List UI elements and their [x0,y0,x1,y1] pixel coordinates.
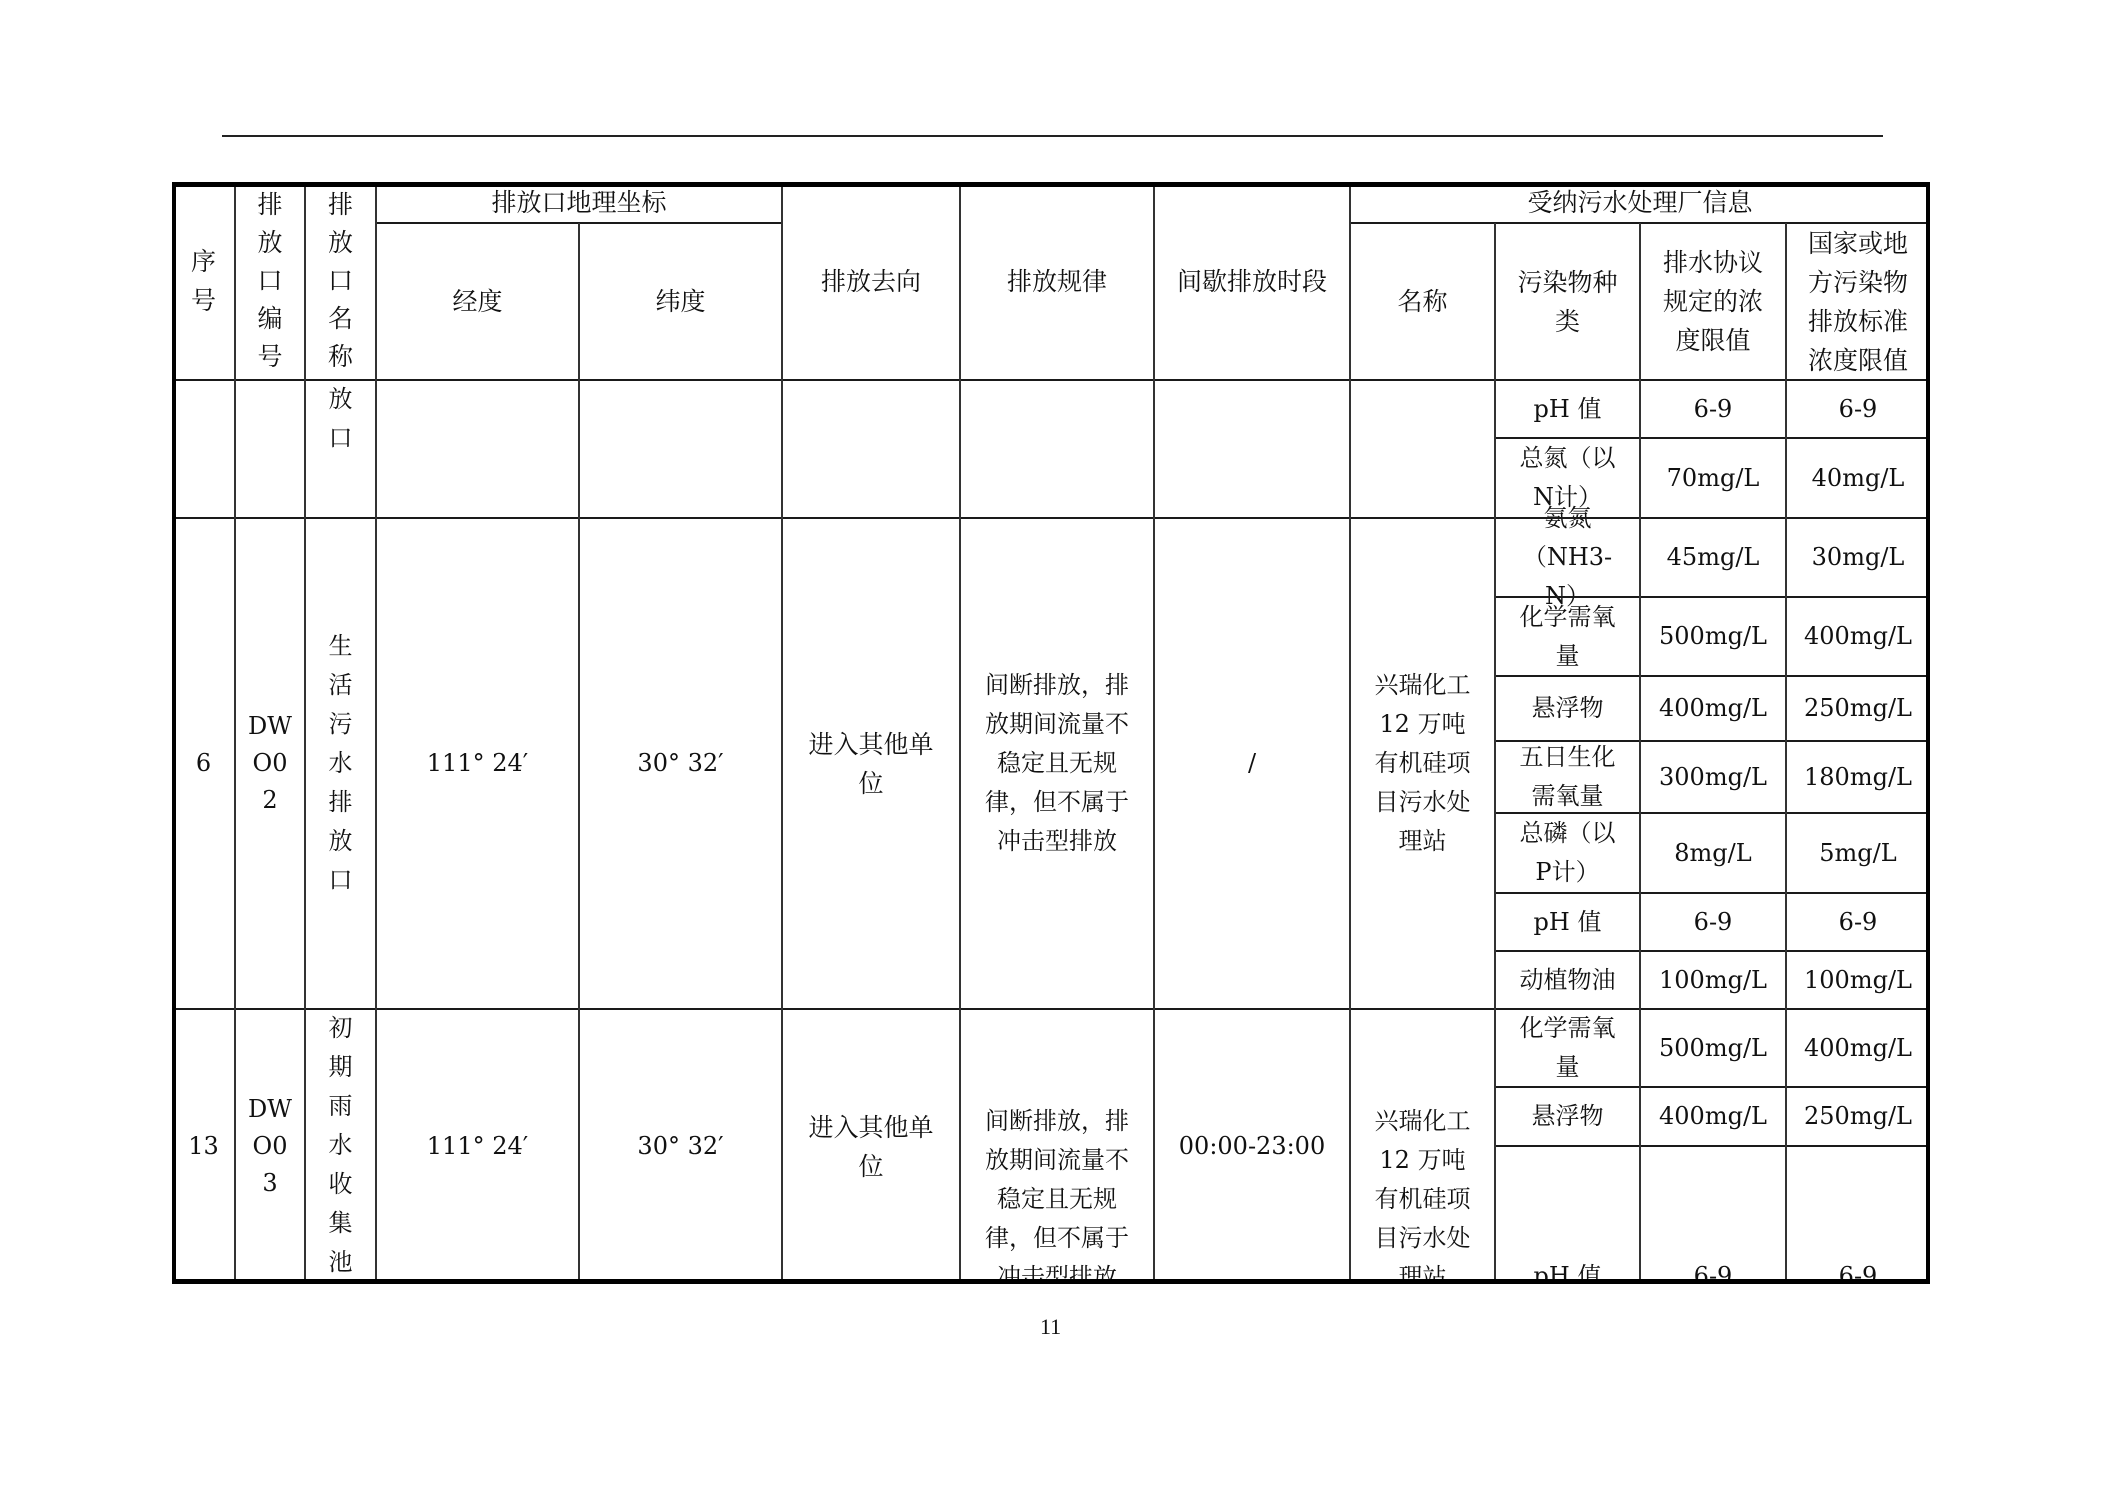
row2-pollutant-0-agreement: 500mg/L [1640,1009,1786,1087]
agreement-value: 6-9 [1694,1257,1733,1284]
grid-line [172,379,1930,381]
grid-line [959,182,961,1284]
row2-outlet-code: DWO03 [235,1009,305,1284]
intermittent-period-value: 00:00-23:00 [1179,1127,1325,1166]
grid-line [1495,812,1930,814]
outlet-code-value: DWO03 [248,1091,292,1202]
row2-pollutant-0-national: 400mg/L [1786,1009,1930,1087]
national-value: 250mg/L [1804,689,1912,728]
row2-pollutant-2-national: 6-9 [1786,1146,1930,1284]
national-value: 40mg/L [1812,459,1905,498]
header-geo-coords: 排放口地理坐标 [376,182,782,223]
header-seq: 序号 [172,182,235,380]
header-outlet-name: 排放口名称 [305,182,376,380]
national-value: 180mg/L [1804,758,1912,797]
row2-pollutant-1-national: 250mg/L [1786,1087,1930,1146]
grid-line [1639,223,1641,1284]
pollutant-name: 化学需氧量 [1513,1009,1623,1087]
seq-value: 13 [188,1127,219,1166]
header-seq-label: 序号 [191,242,217,320]
row0-outlet-name: 放口 [305,380,376,518]
grid-line [1495,950,1930,952]
agreement-value: 6-9 [1694,390,1733,429]
row2-plant-name: 兴瑞化工12 万吨有机硅项目污水处理站 [1350,1009,1495,1284]
row1-pollutant-0-name: 氨氮（NH3-N） [1495,518,1640,597]
header-agreement-limit: 排水协议规定的浓度限值 [1640,223,1786,380]
intermittent-period-value: / [1248,744,1256,783]
header-outlet-code-label: 排放口编号 [257,186,283,376]
grid-line [1785,223,1787,1284]
plant-name-value: 兴瑞化工12 万吨有机硅项目污水处理站 [1368,666,1478,861]
header-destination: 排放去向 [782,182,960,380]
national-value: 100mg/L [1804,961,1912,1000]
row1-pollutant-6-name: 动植物油 [1495,951,1640,1009]
pattern-value: 间断排放，排放期间流量不稳定且无规律，但不属于冲击型排放 [977,1102,1137,1284]
pollutant-name: pH 值 [1534,390,1602,429]
row0-pollutant-1-agreement: 70mg/L [1640,438,1786,518]
row1-pollutant-1-national: 400mg/L [1786,597,1930,676]
header-intermittent-period: 间歇排放时段 [1154,182,1350,380]
grid-line [172,1008,1930,1010]
page-number: 11 [1040,1314,1061,1340]
row1-pollutant-1-name: 化学需氧量 [1495,597,1640,676]
grid-line [172,517,1930,519]
row2-pollutant-1-agreement: 400mg/L [1640,1087,1786,1146]
grid-line [1495,740,1930,742]
pollutant-name: 总磷（以P计） [1513,814,1623,892]
row1-pollutant-5-agreement: 6-9 [1640,893,1786,951]
national-value: 6-9 [1839,1257,1878,1284]
agreement-value: 300mg/L [1659,758,1767,797]
header-latitude-label: 纬度 [655,282,705,321]
agreement-value: 500mg/L [1659,1029,1767,1068]
grid-line [304,182,306,1284]
row1-pollutant-4-name: 总磷（以P计） [1495,813,1640,893]
row1-pollutant-1-agreement: 500mg/L [1640,597,1786,676]
row1-pollutant-2-name: 悬浮物 [1495,676,1640,741]
national-value: 6-9 [1839,390,1878,429]
grid-line [1495,892,1930,894]
agreement-value: 400mg/L [1659,1097,1767,1136]
national-value: 6-9 [1839,903,1878,942]
row2-pattern: 间断排放，排放期间流量不稳定且无规律，但不属于冲击型排放 [960,1009,1154,1284]
row2-pollutant-0-name: 化学需氧量 [1495,1009,1640,1087]
destination-value: 进入其他单位 [805,725,937,803]
header-national-limit: 国家或地方污染物排放标准浓度限值 [1786,223,1930,380]
national-value: 250mg/L [1804,1097,1912,1136]
row1-longitude: 111° 24′ [376,518,579,1009]
pollutant-name: 动植物油 [1520,961,1616,1000]
row1-pattern: 间断排放，排放期间流量不稳定且无规律，但不属于冲击型排放 [960,518,1154,1009]
grid-line [1494,223,1496,1284]
outlet-name-value: 生活污水排放口 [328,627,354,900]
row1-pollutant-5-name: pH 值 [1495,893,1640,951]
header-plant-name-label: 名称 [1397,282,1447,321]
header-intermittent-period-label: 间歇排放时段 [1177,262,1327,301]
row1-outlet-code: DWO02 [235,518,305,1009]
row1-destination: 进入其他单位 [782,518,960,1009]
agreement-value: 6-9 [1694,903,1733,942]
national-value: 30mg/L [1812,538,1905,577]
header-national-limit-label: 国家或地方污染物排放标准浓度限值 [1806,224,1910,380]
row2-pollutant-1-name: 悬浮物 [1495,1087,1640,1146]
row1-pollutant-3-agreement: 300mg/L [1640,741,1786,813]
row2-pollutant-2-name: pH 值 [1495,1146,1640,1284]
header-longitude-label: 经度 [452,282,502,321]
grid-line [1349,182,1351,1284]
destination-value: 进入其他单位 [805,1108,937,1186]
row1-pollutant-2-national: 250mg/L [1786,676,1930,741]
row2-intermittent-period: 00:00-23:00 [1154,1009,1350,1284]
grid-line [1495,1145,1930,1147]
agreement-value: 400mg/L [1659,689,1767,728]
row2-longitude: 111° 24′ [376,1009,579,1284]
row1-outlet-name: 生活污水排放口 [305,518,376,1009]
row1-seq: 6 [172,518,235,1009]
grid-line [375,182,377,1284]
header-outlet-name-label: 排放口名称 [328,186,354,376]
row0-pollutant-1-national: 40mg/L [1786,438,1930,518]
longitude-value: 111° 24′ [427,1127,528,1166]
header-plant-info: 受纳污水处理厂信息 [1350,182,1930,223]
row0-pollutant-0-name: pH 值 [1495,380,1640,438]
header-pollutant-type: 污染物种类 [1495,223,1640,380]
row1-pollutant-4-national: 5mg/L [1786,813,1930,893]
outlet-code-value: DWO02 [248,708,292,819]
header-rule [222,135,1883,137]
pattern-value: 间断排放，排放期间流量不稳定且无规律，但不属于冲击型排放 [977,666,1137,861]
grid-line [1153,182,1155,1284]
row1-pollutant-6-national: 100mg/L [1786,951,1930,1009]
pollutant-name: pH 值 [1534,1257,1602,1284]
row1-pollutant-2-agreement: 400mg/L [1640,676,1786,741]
header-destination-label: 排放去向 [821,262,921,301]
row0-pollutant-0-national: 6-9 [1786,380,1930,438]
header-pattern: 排放规律 [960,182,1154,380]
grid-line [1495,596,1930,598]
pollutant-name: 悬浮物 [1532,689,1604,728]
plant-name-value: 兴瑞化工12 万吨有机硅项目污水处理站 [1368,1102,1478,1284]
outlet-table: 序号 排放口编号 排放口名称 排放口地理坐标 经度 纬度 排放去向 排放规律 间… [172,182,1930,1284]
agreement-value: 100mg/L [1659,961,1767,1000]
row1-pollutant-3-name: 五日生化需氧量 [1495,741,1640,813]
pollutant-name: 化学需氧量 [1513,598,1623,676]
grid-line [1495,675,1930,677]
row1-plant-name: 兴瑞化工12 万吨有机硅项目污水处理站 [1350,518,1495,1009]
agreement-value: 500mg/L [1659,617,1767,656]
grid-line [1495,1086,1930,1088]
agreement-value: 70mg/L [1667,459,1760,498]
national-value: 5mg/L [1819,834,1896,873]
row1-pollutant-6-agreement: 100mg/L [1640,951,1786,1009]
grid-line [578,223,580,1284]
header-outlet-code: 排放口编号 [235,182,305,380]
row0-outlet-name-text: 放口 [328,380,354,458]
pollutant-name: 五日生化需氧量 [1513,738,1623,816]
header-agreement-limit-label: 排水协议规定的浓度限值 [1661,243,1765,360]
row2-pollutant-2-agreement: 6-9 [1640,1146,1786,1284]
seq-value: 6 [196,744,211,783]
header-pollutant-type-label: 污染物种类 [1516,263,1620,341]
row1-intermittent-period: / [1154,518,1350,1009]
agreement-value: 45mg/L [1667,538,1760,577]
row2-outlet-name: 初期雨水收集池 [305,1009,376,1284]
latitude-value: 30° 32′ [637,1127,723,1166]
grid-line [1495,437,1930,439]
latitude-value: 30° 32′ [637,744,723,783]
pollutant-name: 悬浮物 [1532,1097,1604,1136]
agreement-value: 8mg/L [1674,834,1751,873]
row1-pollutant-0-agreement: 45mg/L [1640,518,1786,597]
row2-latitude: 30° 32′ [579,1009,782,1284]
row1-pollutant-0-national: 30mg/L [1786,518,1930,597]
header-plant-info-label: 受纳污水处理厂信息 [1527,183,1752,222]
national-value: 400mg/L [1804,1029,1912,1068]
row2-destination: 进入其他单位 [782,1009,960,1284]
row1-pollutant-5-national: 6-9 [1786,893,1930,951]
national-value: 400mg/L [1804,617,1912,656]
longitude-value: 111° 24′ [427,744,528,783]
row1-pollutant-3-national: 180mg/L [1786,741,1930,813]
outlet-name-value: 初期雨水收集池 [328,1009,354,1282]
header-longitude: 经度 [376,223,579,380]
header-plant-name: 名称 [1350,223,1495,380]
grid-line [234,182,236,1284]
row2-seq: 13 [172,1009,235,1284]
row1-latitude: 30° 32′ [579,518,782,1009]
pollutant-name: pH 值 [1534,903,1602,942]
row1-pollutant-4-agreement: 8mg/L [1640,813,1786,893]
grid-line [781,182,783,1284]
header-pattern-label: 排放规律 [1007,262,1107,301]
header-geo-coords-label: 排放口地理坐标 [491,183,666,222]
header-latitude: 纬度 [579,223,782,380]
row0-pollutant-0-agreement: 6-9 [1640,380,1786,438]
